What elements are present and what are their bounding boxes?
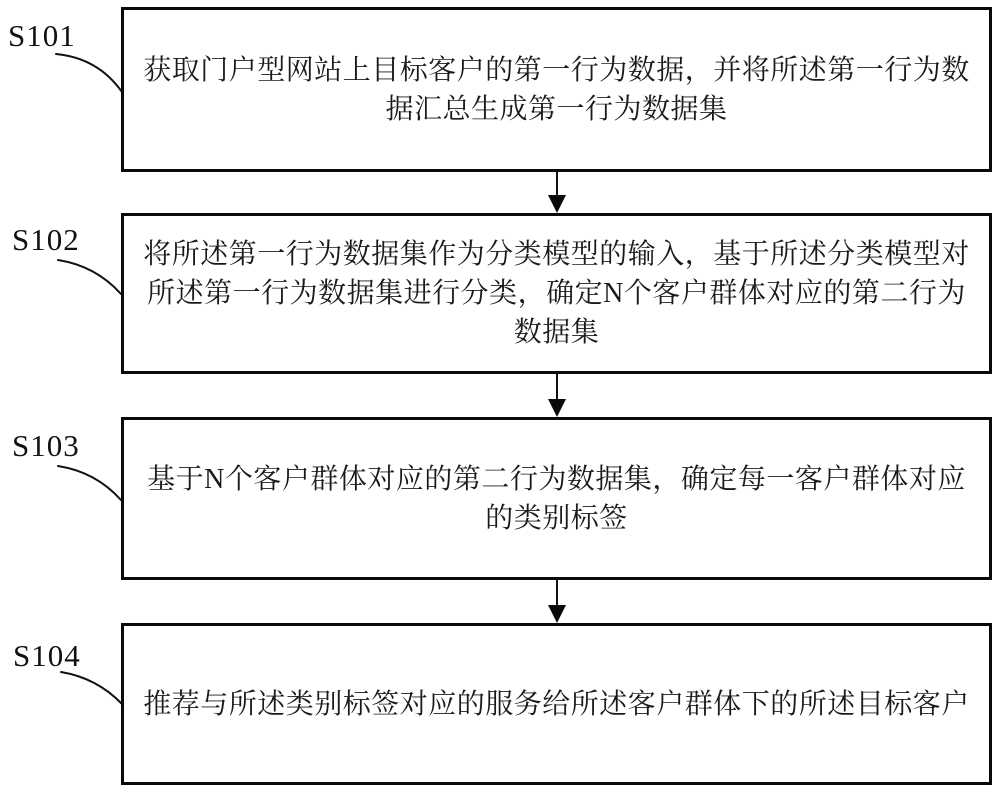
step-text-s103: 基于N个客户群体对应的第二行为数据集，确定每一客户群体对应的类别标签 <box>136 460 977 538</box>
step-text-s102: 将所述第一行为数据集作为分类模型的输入，基于所述分类模型对所述第一行为数据集进行… <box>136 235 977 352</box>
arrow-head-icon <box>548 399 566 417</box>
step-box-s104: 推荐与所述类别标签对应的服务给所述客户群体下的所述目标客户 <box>121 623 992 785</box>
arrow-head-icon <box>548 605 566 623</box>
arrow-down-1 <box>544 171 569 213</box>
step-text-s104: 推荐与所述类别标签对应的服务给所述客户群体下的所述目标客户 <box>143 685 970 724</box>
step-box-s102: 将所述第一行为数据集作为分类模型的输入，基于所述分类模型对所述第一行为数据集进行… <box>121 213 992 374</box>
step-box-s101: 获取门户型网站上目标客户的第一行为数据，并将所述第一行为数据汇总生成第一行为数据… <box>121 7 992 172</box>
step-text-s101: 获取门户型网站上目标客户的第一行为数据，并将所述第一行为数据汇总生成第一行为数据… <box>136 51 977 129</box>
flowchart-figure: S101 获取门户型网站上目标客户的第一行为数据，并将所述第一行为数据汇总生成第… <box>0 0 1000 794</box>
leader-line-s101 <box>50 44 128 96</box>
leader-line-s104 <box>57 664 127 708</box>
arrow-head-icon <box>548 195 566 213</box>
step-box-s103: 基于N个客户群体对应的第二行为数据集，确定每一客户群体对应的类别标签 <box>121 417 992 580</box>
leader-line-s103 <box>54 458 126 504</box>
leader-line-s102 <box>54 252 126 298</box>
arrow-down-2 <box>544 374 569 417</box>
arrow-down-3 <box>544 580 569 623</box>
